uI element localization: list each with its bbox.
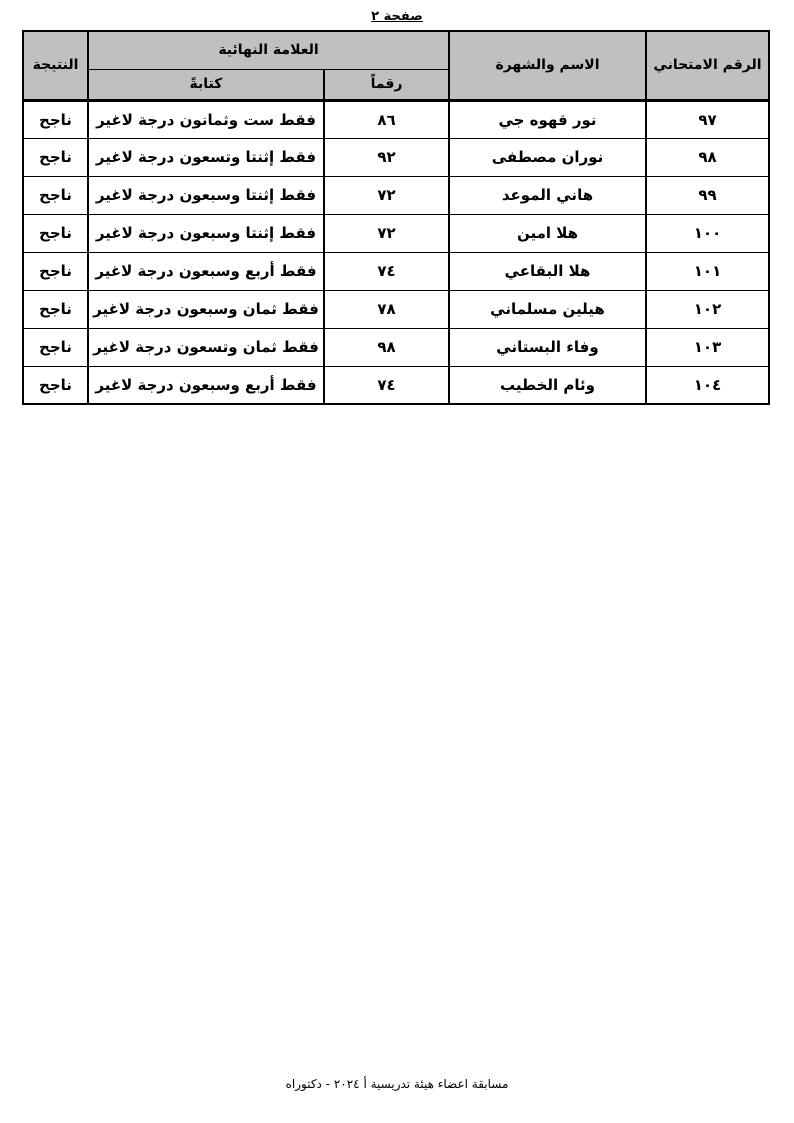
cell-grade-numeric: ٨٦: [324, 100, 449, 138]
table-row: ١٠١ هلا البقاعي ٧٤ فقط أربع وسبعون درجة …: [23, 252, 769, 290]
table-row: ٩٨ نوران مصطفى ٩٢ فقط إثنتا وتسعون درجة …: [23, 138, 769, 176]
cell-grade-written: فقط ست وثمانون درجة لاغير: [88, 100, 324, 138]
cell-grade-numeric: ٧٤: [324, 252, 449, 290]
cell-result: ناجح: [23, 100, 88, 138]
cell-grade-written: فقط إثنتا وتسعون درجة لاغير: [88, 138, 324, 176]
cell-name: هلا البقاعي: [449, 252, 646, 290]
cell-grade-written: فقط إثنتا وسبعون درجة لاغير: [88, 176, 324, 214]
cell-name: نوران مصطفى: [449, 138, 646, 176]
header-exam-number: الرقم الامتحاني: [646, 31, 769, 100]
cell-result: ناجح: [23, 328, 88, 366]
table-header: الرقم الامتحاني الاسم والشهرة العلامة ال…: [23, 31, 769, 100]
cell-grade-written: فقط ثمان وسبعون درجة لاغير: [88, 290, 324, 328]
cell-grade-numeric: ٧٨: [324, 290, 449, 328]
cell-exam-number: ١٠٣: [646, 328, 769, 366]
cell-grade-numeric: ٩٨: [324, 328, 449, 366]
page-number-header: صفحة ٢: [0, 9, 794, 24]
header-result: النتيجة: [23, 31, 88, 100]
cell-result: ناجح: [23, 138, 88, 176]
document-page: صفحة ٢ الرقم الامتحاني الاسم والشهرة الع…: [0, 0, 794, 1123]
header-name: الاسم والشهرة: [449, 31, 646, 100]
header-grade-numeric: رقماً: [324, 69, 449, 100]
cell-exam-number: ٩٧: [646, 100, 769, 138]
cell-grade-numeric: ٧٢: [324, 214, 449, 252]
cell-exam-number: ١٠٠: [646, 214, 769, 252]
cell-name: وئام الخطيب: [449, 366, 646, 404]
table-row: ١٠٢ هيلين مسلماني ٧٨ فقط ثمان وسبعون درج…: [23, 290, 769, 328]
cell-result: ناجح: [23, 366, 88, 404]
results-table: الرقم الامتحاني الاسم والشهرة العلامة ال…: [22, 30, 770, 405]
cell-exam-number: ١٠٤: [646, 366, 769, 404]
cell-result: ناجح: [23, 252, 88, 290]
cell-name: وفاء البستاني: [449, 328, 646, 366]
cell-name: هيلين مسلماني: [449, 290, 646, 328]
table-row: ١٠٠ هلا امين ٧٢ فقط إثنتا وسبعون درجة لا…: [23, 214, 769, 252]
cell-exam-number: ٩٩: [646, 176, 769, 214]
cell-exam-number: ١٠١: [646, 252, 769, 290]
cell-result: ناجح: [23, 290, 88, 328]
table-row: ١٠٤ وئام الخطيب ٧٤ فقط أربع وسبعون درجة …: [23, 366, 769, 404]
cell-grade-written: فقط أربع وسبعون درجة لاغير: [88, 366, 324, 404]
cell-result: ناجح: [23, 214, 88, 252]
table-row: ١٠٣ وفاء البستاني ٩٨ فقط ثمان وتسعون درج…: [23, 328, 769, 366]
table-row: ٩٩ هاني الموعد ٧٢ فقط إثنتا وسبعون درجة …: [23, 176, 769, 214]
page-footer: مسابقة اعضاء هيئة تدريسية أ ٢٠٢٤ - دكتور…: [0, 1077, 794, 1091]
cell-grade-numeric: ٩٢: [324, 138, 449, 176]
cell-name: نور قهوه جي: [449, 100, 646, 138]
cell-grade-written: فقط إثنتا وسبعون درجة لاغير: [88, 214, 324, 252]
cell-result: ناجح: [23, 176, 88, 214]
cell-grade-numeric: ٧٤: [324, 366, 449, 404]
header-grade-written: كتابةً: [88, 69, 324, 100]
cell-grade-written: فقط ثمان وتسعون درجة لاغير: [88, 328, 324, 366]
cell-exam-number: ١٠٢: [646, 290, 769, 328]
cell-exam-number: ٩٨: [646, 138, 769, 176]
table-row: ٩٧ نور قهوه جي ٨٦ فقط ست وثمانون درجة لا…: [23, 100, 769, 138]
table-body: ٩٧ نور قهوه جي ٨٦ فقط ست وثمانون درجة لا…: [23, 100, 769, 404]
header-final-grade: العلامة النهائية: [88, 31, 449, 69]
cell-name: هاني الموعد: [449, 176, 646, 214]
cell-grade-written: فقط أربع وسبعون درجة لاغير: [88, 252, 324, 290]
cell-grade-numeric: ٧٢: [324, 176, 449, 214]
cell-name: هلا امين: [449, 214, 646, 252]
